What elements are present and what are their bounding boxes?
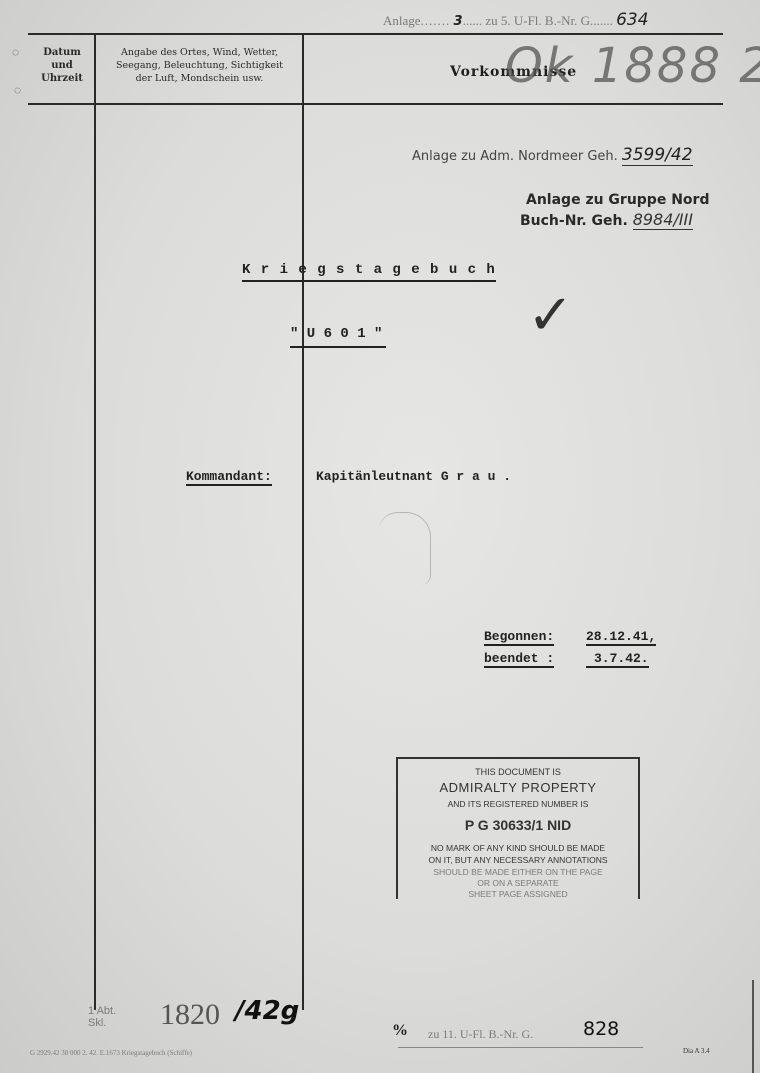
header-top-rule xyxy=(28,33,723,35)
pencil-scribble xyxy=(378,512,431,585)
boat-designation: " U 6 0 1 " xyxy=(290,326,386,348)
stamp-line: SHOULD BE MADE EITHER ON THE PAGE xyxy=(398,867,638,877)
column-divider-2 xyxy=(302,35,304,1010)
anlage-reference: Anlage....... 3...... zu 5. U-Fl. B.-Nr.… xyxy=(383,10,649,30)
header-bottom-rule xyxy=(28,103,723,105)
gruppe-nord-number: 8984/III xyxy=(633,210,693,230)
checkmark: ✓ xyxy=(527,283,574,348)
angabe-line: der Luft, Mondschein usw. xyxy=(97,72,302,85)
stamp-registered-number: P G 30633/1 NID xyxy=(398,817,638,833)
document-title: K r i e g s t a g e b u c h xyxy=(242,262,496,282)
datum-line: Uhrzeit xyxy=(33,72,91,85)
stamp-line: AND ITS REGISTERED NUMBER IS xyxy=(398,799,638,809)
beendet-label: beendet : xyxy=(484,651,554,668)
stamp-line: NO MARK OF ANY KIND SHOULD BE MADE xyxy=(398,843,638,853)
commander-label: Kommandant: xyxy=(186,469,272,486)
gruppe-nord-stamp: Anlage zu Gruppe Nord Buch-Nr. Geh. 8984… xyxy=(520,190,709,231)
footer-ref-text: zu 11. U-Fl. B.-Nr. G. xyxy=(428,1027,533,1042)
footer-ref-number: 828 xyxy=(583,1018,619,1040)
skl-label: Skl. xyxy=(88,1017,116,1029)
ref-mark: % xyxy=(392,1022,408,1040)
anlage-ref-number: 634 xyxy=(616,10,648,30)
angabe-line: Angabe des Ortes, Wind, Wetter, xyxy=(97,46,302,59)
datum-line: und xyxy=(33,59,91,72)
commander-name: Kapitänleutnant G r a u . xyxy=(316,469,511,484)
begonnen-label: Begonnen: xyxy=(484,629,554,646)
abt-label: 1 Abt. xyxy=(88,1005,116,1017)
nordmeer-label: Anlage zu Adm. Nordmeer Geh. xyxy=(412,149,618,164)
stamp-line: THIS DOCUMENT IS xyxy=(398,767,638,777)
stamp-line: OR ON A SEPARATE xyxy=(398,878,638,888)
beendet-value: 3.7.42. xyxy=(586,651,649,668)
angabe-line: Seegang, Beleuchtung, Sichtigkeit xyxy=(97,59,302,72)
datum-line: Datum xyxy=(33,46,91,59)
column-header-datum: Datum und Uhrzeit xyxy=(33,46,91,85)
stamp-line: SHEET PAGE ASSIGNED xyxy=(398,889,638,899)
column-header-angabe: Angabe des Ortes, Wind, Wetter, Seegang,… xyxy=(97,46,302,85)
admiralty-property-stamp: THIS DOCUMENT IS ADMIRALTY PROPERTY AND … xyxy=(396,757,640,899)
gruppe-nord-line1: Anlage zu Gruppe Nord xyxy=(520,190,709,210)
handwritten-reference: Ok 1888 2a xyxy=(505,38,760,94)
anlage-label: Anlage xyxy=(383,13,421,28)
nordmeer-number: 3599/42 xyxy=(622,145,693,166)
stamp-line: ON IT, BUT ANY NECESSARY ANNOTATIONS xyxy=(398,855,638,865)
page-edge xyxy=(752,980,754,1073)
print-info: G 2929.42 30 000 2. 42. E.1673 Kriegstag… xyxy=(30,1049,192,1057)
footer-ref-rule xyxy=(398,1047,643,1048)
file-number-handwritten: /42g xyxy=(235,996,299,1026)
abt-skl-label: 1 Abt. Skl. xyxy=(88,1005,116,1029)
document-page: Anlage....... 3...... zu 5. U-Fl. B.-Nr.… xyxy=(0,0,760,1073)
nordmeer-stamp: Anlage zu Adm. Nordmeer Geh. 3599/42 xyxy=(412,145,693,165)
form-code: Dia A 3.4 xyxy=(683,1047,710,1055)
begonnen-value: 28.12.41, xyxy=(586,629,656,646)
anlage-number: 3 xyxy=(454,14,463,29)
column-divider-1 xyxy=(94,35,96,1010)
stamp-line: ADMIRALTY PROPERTY xyxy=(398,780,638,795)
punch-mark: ◌ xyxy=(12,45,19,60)
gruppe-nord-line2: Buch-Nr. Geh. xyxy=(520,213,628,229)
file-number-printed: 1820 xyxy=(160,998,220,1032)
punch-mark: ◌ xyxy=(14,83,21,98)
anlage-ref: zu 5. U-Fl. B.-Nr. G. xyxy=(485,13,593,28)
